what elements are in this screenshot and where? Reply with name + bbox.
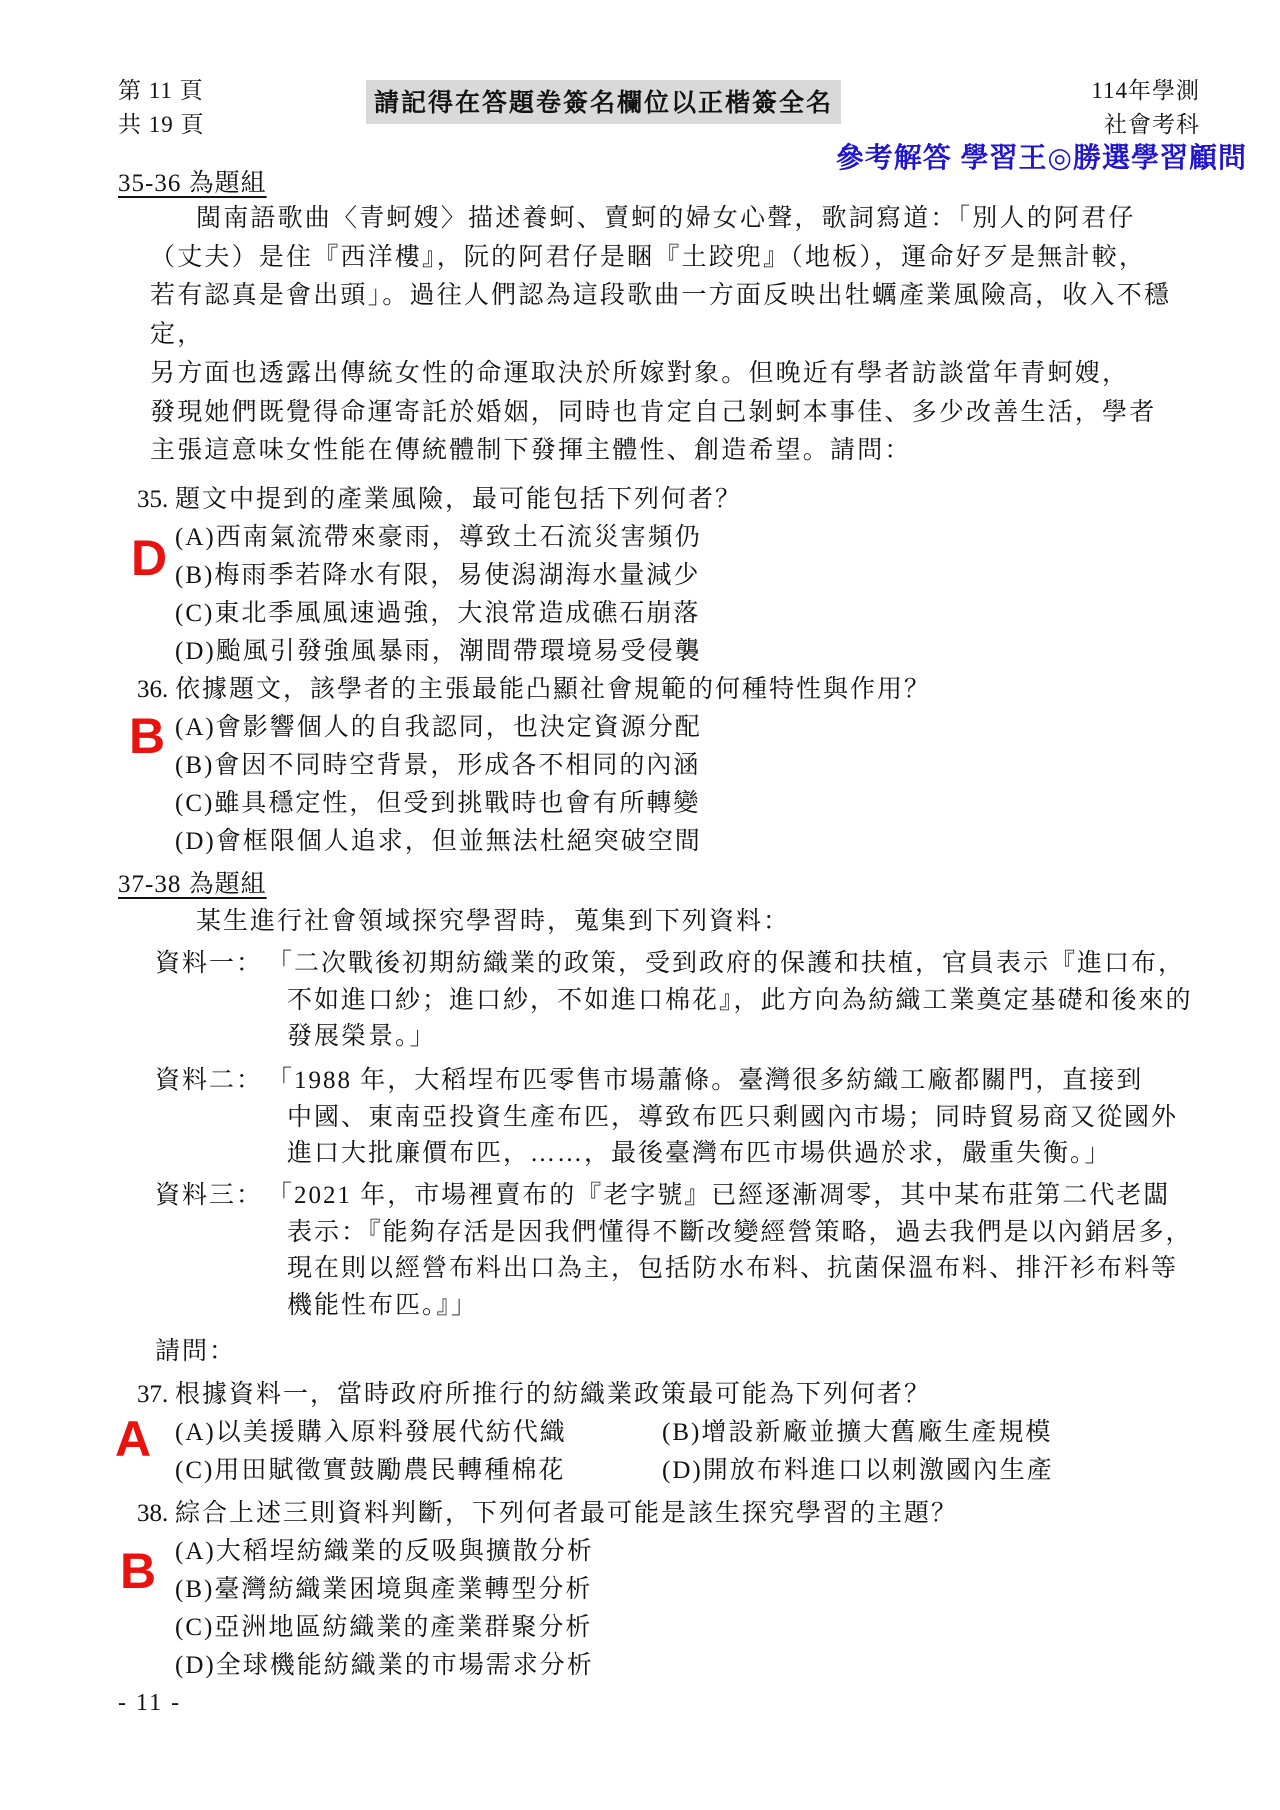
answer-mark-38: B [120, 1546, 156, 1596]
source-2-label: 資料二： [155, 1063, 267, 1173]
source-2-body: 「1988 年，大稻埕布匹零售市場蕭條。臺灣很多紡織工廠都關門，直接到 中國、東… [267, 1063, 1187, 1173]
page-number-block: 第 11 頁 共 19 頁 [118, 74, 205, 142]
answer-mark-37: A [115, 1414, 151, 1464]
source-1-label: 資料一： [155, 946, 267, 1056]
option-c: (C)雖具穩定性，但受到挑戰時也會有所轉變 [175, 785, 931, 823]
passage-35-36: 閩南語歌曲〈青蚵嫂〉描述養蚵、賣蚵的婦女心聲，歌詞寫道：「別人的阿君仔 （丈夫）… [150, 200, 1172, 471]
question-text: 綜合上述三則資料判斷，下列何者最可能是該生探究學習的主題？ [175, 1495, 958, 1533]
footer-page-marker: - 11 - [118, 1690, 181, 1717]
source-3: 資料三： 「2021 年，市場裡賣布的『老字號』已經逐漸凋零，其中某布莊第二代老… [155, 1178, 1187, 1324]
passage-line: 主張這意味女性能在傳統體制下發揮主體性、創造希望。請問： [150, 432, 1172, 471]
question-37: 37. 根據資料一，當時政府所推行的紡織業政策最可能為下列何者？ A (A)以美… [137, 1376, 1054, 1490]
source-line: 「2021 年，市場裡賣布的『老字號』已經逐漸凋零，其中某布莊第二代老闆 [267, 1178, 1187, 1215]
group-37-38-heading: 37-38 為題組 [118, 864, 267, 900]
source-line: 發展榮景。」 [267, 1019, 1187, 1056]
source-1: 資料一： 「二次戰後初期紡織業的政策，受到政府的保護和扶植，官員表示『進口布， … [155, 946, 1187, 1056]
question-number: 35. [137, 481, 175, 519]
group-37-38-intro: 某生進行社會領域探究學習時，蒐集到下列資料： [196, 903, 790, 941]
passage-line: （丈夫）是住『西洋樓』，阮的阿君仔是睏『土跤兜』（地板），運命好歹是無計較， [150, 239, 1172, 278]
source-1-body: 「二次戰後初期紡織業的政策，受到政府的保護和扶植，官員表示『進口布， 不如進口紗… [267, 946, 1187, 1056]
option-c: (C)亞洲地區紡織業的產業群聚分析 [175, 1609, 958, 1647]
page-number: 第 11 頁 [118, 74, 205, 108]
ask-line: 請問： [155, 1333, 236, 1371]
option-b: (B)會因不同時空背景，形成各不相同的內涵 [175, 747, 931, 785]
question-number: 37. [137, 1376, 175, 1414]
page-total: 共 19 頁 [118, 108, 205, 142]
exam-year: 114年學測 [1091, 74, 1200, 108]
source-line: 表示：『能夠存活是因我們懂得不斷改變經營策略，過去我們是以內銷居多， [267, 1215, 1187, 1252]
option-d: (D)全球機能紡織業的市場需求分析 [175, 1647, 958, 1685]
answer-watermark: 參考解答 學習王◎勝選學習顧問 [836, 136, 1247, 176]
source-line: 「1988 年，大稻埕布匹零售市場蕭條。臺灣很多紡織工廠都關門，直接到 [267, 1063, 1187, 1100]
passage-line: 發現她們既覺得命運寄託於婚姻，同時也肯定自己剝蚵本事佳、多少改善生活，學者 [150, 394, 1172, 433]
question-38-options: B (A)大稻埕紡織業的反吸與擴散分析 (B)臺灣紡織業困境與產業轉型分析 (C… [175, 1533, 958, 1685]
answer-mark-36: B [129, 711, 165, 761]
signature-notice: 請記得在答題卷簽名欄位以正楷簽全名 [366, 80, 841, 124]
source-2: 資料二： 「1988 年，大稻埕布匹零售市場蕭條。臺灣很多紡織工廠都關門，直接到… [155, 1063, 1187, 1173]
source-line: 進口大批廉價布匹，……，最後臺灣布匹市場供過於求，嚴重失衡。」 [267, 1136, 1187, 1173]
source-3-body: 「2021 年，市場裡賣布的『老字號』已經逐漸凋零，其中某布莊第二代老闆 表示：… [267, 1178, 1187, 1324]
question-text: 根據資料一，當時政府所推行的紡織業政策最可能為下列何者？ [175, 1376, 931, 1414]
passage-line: 若有認真是會出頭」。過往人們認為這段歌曲一方面反映出牡蠣產業風險高，收入不穩定， [150, 277, 1172, 354]
option-a: (A)大稻埕紡織業的反吸與擴散分析 [175, 1533, 958, 1571]
option-d: (D)颱風引發強風暴雨，潮間帶環境易受侵襲 [175, 633, 742, 671]
source-line: 現在則以經營布料出口為主，包括防水布料、抗菌保溫布料、排汗衫布料等 [267, 1251, 1187, 1288]
exam-title-block: 114年學測 社會考科 [1091, 74, 1200, 142]
option-d: (D)會框限個人追求，但並無法杜絕突破空間 [175, 823, 931, 861]
passage-line: 閩南語歌曲〈青蚵嫂〉描述養蚵、賣蚵的婦女心聲，歌詞寫道：「別人的阿君仔 [150, 200, 1172, 239]
source-line: 不如進口紗；進口紗，不如進口棉花』，此方向為紡織工業奠定基礎和後來的 [267, 983, 1187, 1020]
source-line: 「二次戰後初期紡織業的政策，受到政府的保護和扶植，官員表示『進口布， [267, 946, 1187, 983]
question-text: 題文中提到的產業風險，最可能包括下列何者？ [175, 481, 742, 519]
question-35: 35. 題文中提到的產業風險，最可能包括下列何者？ D (A)西南氣流帶來豪雨，… [137, 481, 742, 671]
question-35-options: D (A)西南氣流帶來豪雨，導致土石流災害頻仍 (B)梅雨季若降水有限，易使潟湖… [175, 519, 742, 671]
source-3-label: 資料三： [155, 1178, 267, 1324]
exam-page: 第 11 頁 共 19 頁 請記得在答題卷簽名欄位以正楷簽全名 114年學測 社… [0, 0, 1280, 1810]
passage-line: 另方面也透露出傳統女性的命運取決於所嫁對象。但晚近有學者訪談當年青蚵嫂， [150, 355, 1172, 394]
option-a: (A)以美援購入原料發展代紡代織 [175, 1414, 662, 1452]
option-c: (C)東北季風風速過強，大浪常造成礁石崩落 [175, 595, 742, 633]
question-36-stem: 36. 依據題文，該學者的主張最能凸顯社會規範的何種特性與作用？ [137, 671, 931, 709]
question-37-options: A (A)以美援購入原料發展代紡代織 (B)增設新廠並擴大舊廠生產規模 (C)用… [175, 1414, 1054, 1490]
question-35-stem: 35. 題文中提到的產業風險，最可能包括下列何者？ [137, 481, 742, 519]
source-line: 機能性布匹。』」 [267, 1288, 1187, 1325]
source-line: 中國、東南亞投資生產布匹，導致布匹只剩國內市場；同時貿易商又從國外 [267, 1100, 1187, 1137]
option-c: (C)用田賦徵實鼓勵農民轉種棉花 [175, 1452, 662, 1490]
option-b: (B)增設新廠並擴大舊廠生產規模 [662, 1414, 1054, 1452]
question-38: 38. 綜合上述三則資料判斷，下列何者最可能是該生探究學習的主題？ B (A)大… [137, 1495, 958, 1685]
option-a: (A)西南氣流帶來豪雨，導致土石流災害頻仍 [175, 519, 742, 557]
question-36-options: B (A)會影響個人的自我認同，也決定資源分配 (B)會因不同時空背景，形成各不… [175, 709, 931, 861]
question-text: 依據題文，該學者的主張最能凸顯社會規範的何種特性與作用？ [175, 671, 931, 709]
option-b: (B)梅雨季若降水有限，易使潟湖海水量減少 [175, 557, 742, 595]
question-37-stem: 37. 根據資料一，當時政府所推行的紡織業政策最可能為下列何者？ [137, 1376, 1054, 1414]
option-b: (B)臺灣紡織業困境與產業轉型分析 [175, 1571, 958, 1609]
question-number: 38. [137, 1495, 175, 1533]
question-number: 36. [137, 671, 175, 709]
question-38-stem: 38. 綜合上述三則資料判斷，下列何者最可能是該生探究學習的主題？ [137, 1495, 958, 1533]
answer-mark-35: D [131, 533, 167, 583]
option-d: (D)開放布料進口以刺激國內生產 [662, 1452, 1054, 1490]
option-a: (A)會影響個人的自我認同，也決定資源分配 [175, 709, 931, 747]
group-35-36-heading: 35-36 為題組 [118, 163, 267, 199]
question-36: 36. 依據題文，該學者的主張最能凸顯社會規範的何種特性與作用？ B (A)會影… [137, 671, 931, 861]
